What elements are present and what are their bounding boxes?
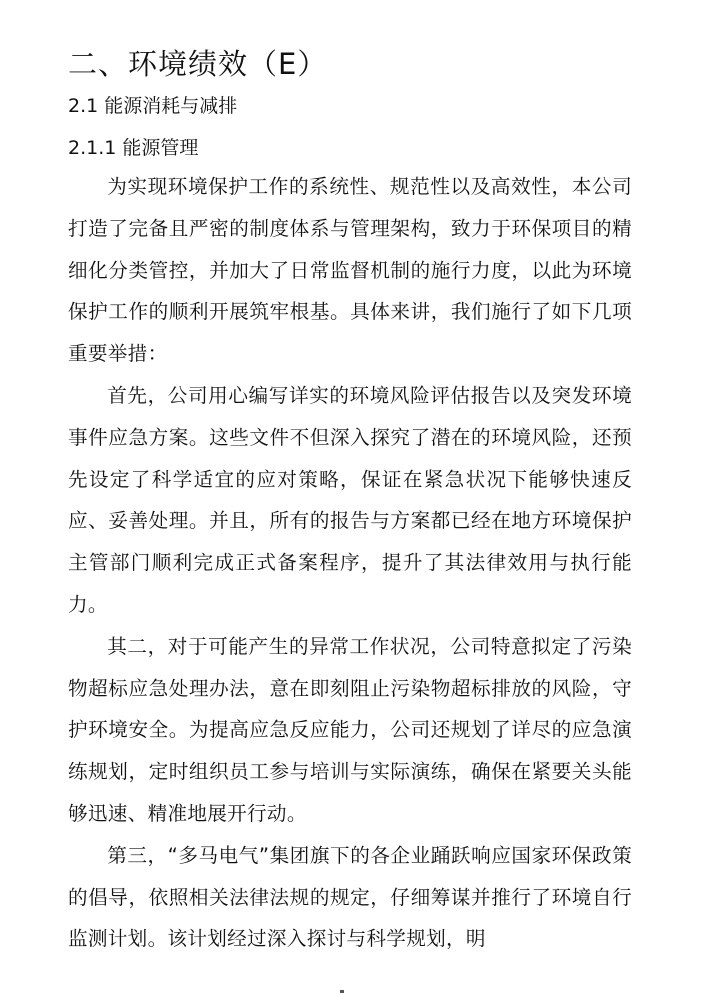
paragraph-intro: 为实现环境保护工作的系统性、规范性以及高效性，本公司打造了完备且严密的制度体系与… [68,166,632,375]
page-number-fragment [340,990,344,993]
section-title: 二、环境绩效（E） [68,44,327,84]
paragraph-second-measure: 其二，对于可能产生的异常工作状况，公司特意拟定了污染物超标应急处理办法，意在即刻… [68,626,632,835]
paragraph-first-measure: 首先，公司用心编写详实的环境风险评估报告以及突发环境事件应急方案。这些文件不但深… [68,375,632,626]
subsection-title: 2.1 能源消耗与减排 [68,92,237,120]
paragraph-third-measure: 第三，“多马电气”集团旗下的各企业踊跃响应国家环保政策的倡导，依照相关法律法规的… [68,835,632,960]
subsubsection-title: 2.1.1 能源管理 [68,134,198,162]
body-text: 为实现环境保护工作的系统性、规范性以及高效性，本公司打造了完备且严密的制度体系与… [68,166,632,960]
